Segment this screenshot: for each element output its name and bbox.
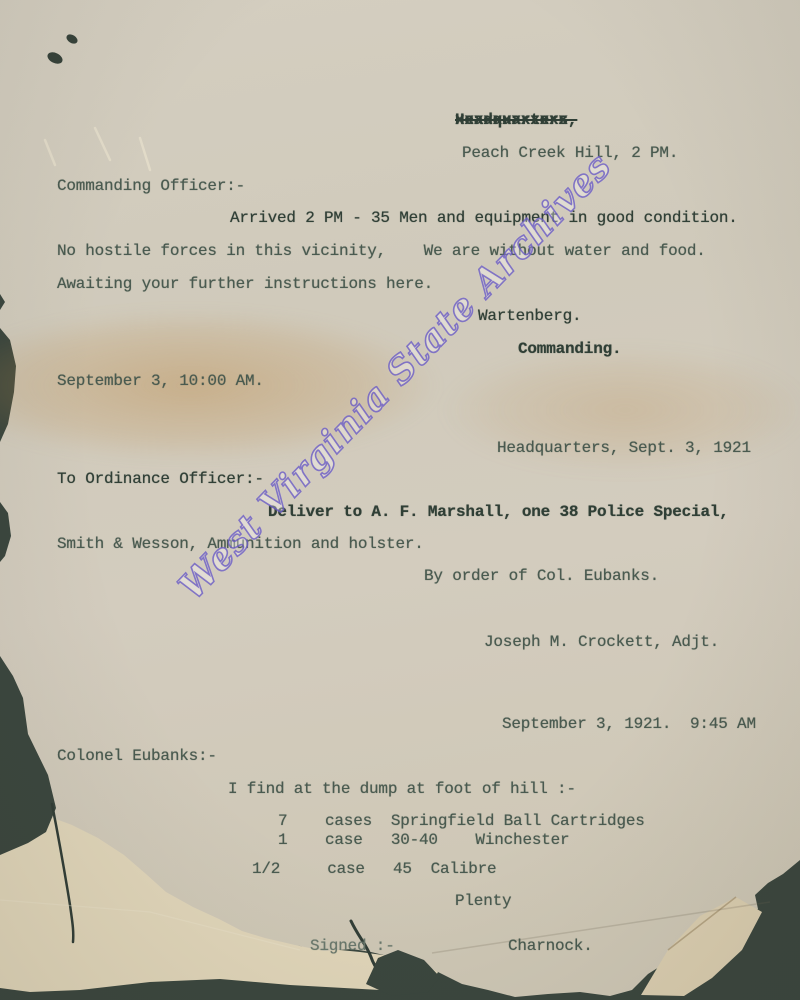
typewritten-text-layer: Headquarters,xxxxxxxxxxxxPeach Creek Hil… (0, 0, 800, 1000)
dateline-september-3-10am: September 3, 10:00 AM. (57, 372, 264, 391)
signature-wartenberg: Wartenberg. (478, 307, 581, 326)
inventory-row-45-calibre: 1/2 case 45 Calibre (252, 860, 496, 879)
body-by-order: By order of Col. Eubanks. (424, 567, 659, 586)
dateline-headquarters-sept-3: Headquarters, Sept. 3, 1921 (497, 439, 751, 458)
signed-label: Signed :- (310, 937, 395, 956)
salutation-commanding-officer: Commanding Officer:- (57, 177, 245, 196)
body-awaiting: Awaiting your further instructions here. (57, 275, 433, 294)
salutation-colonel-eubanks: Colonel Eubanks:- (57, 747, 217, 766)
body-no-hostile: No hostile forces in this vicinity, We a… (57, 242, 706, 261)
signature-crockett: Joseph M. Crockett, Adjt. (484, 633, 719, 652)
inventory-plenty: Plenty (455, 892, 511, 911)
scanned-document: Headquarters,xxxxxxxxxxxxPeach Creek Hil… (0, 0, 800, 1000)
header-overtype-xxx: xxxxxxxxxxxx (455, 111, 568, 130)
salutation-ordinance-officer: To Ordinance Officer:- (57, 470, 264, 489)
signature-charnock: Charnock. (508, 937, 593, 956)
inventory-row-winchester: 1 case 30-40 Winchester (278, 831, 569, 850)
body-arrived: Arrived 2 PM - 35 Men and equipment in g… (230, 209, 738, 228)
signature-commanding: Commanding. (518, 340, 621, 359)
body-deliver-marshall: Deliver to A. F. Marshall, one 38 Police… (268, 503, 729, 522)
dateline-september-3-945am: September 3, 1921. 9:45 AM (502, 715, 756, 734)
body-i-find-dump: I find at the dump at foot of hill :- (228, 780, 576, 799)
inventory-row-springfield: 7 cases Springfield Ball Cartridges (278, 812, 645, 831)
